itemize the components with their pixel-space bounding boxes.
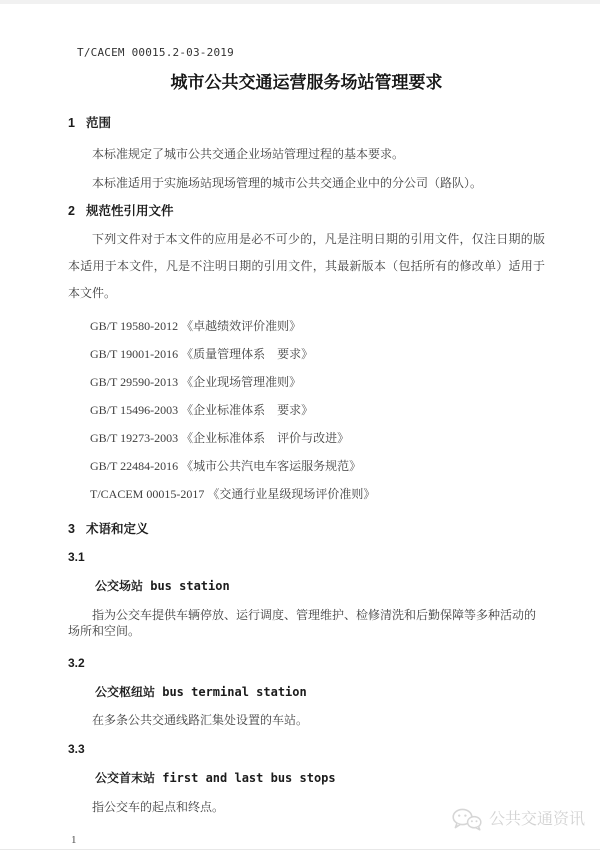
paragraph: 本标准规定了城市公共交通企业场站管理过程的基本要求。: [68, 146, 545, 162]
term-name: 公交枢纽站 bus terminal station: [68, 684, 545, 700]
document-page: T/CACEM 00015.2-03-2019 城市公共交通运营服务场站管理要求…: [0, 0, 600, 851]
reference-item: GB/T 29590-2013 《企业现场管理准则》: [68, 374, 545, 390]
watermark: 公共交通资讯: [451, 807, 585, 833]
term-number: 3.3: [68, 741, 545, 757]
reference-item: T/CACEM 00015-2017 《交通行业星级现场评价准则》: [68, 486, 545, 502]
reference-item: GB/T 19001-2016 《质量管理体系 要求》: [68, 346, 545, 362]
section-title: 术语和定义: [86, 522, 149, 536]
section-number: 3: [68, 521, 75, 537]
doc-title: 城市公共交通运营服务场站管理要求: [68, 72, 545, 94]
reference-item: GB/T 15496-2003 《企业标准体系 要求》: [68, 402, 545, 418]
term-definition: 指为公交车提供车辆停放、运行调度、管理维护、检修清洗和后勤保障等多种活动的场所和…: [68, 607, 545, 639]
section-number: 2: [68, 203, 75, 219]
wechat-icon: [451, 807, 483, 833]
page-bottom-edge: [0, 849, 600, 850]
section-number: 1: [68, 115, 75, 131]
reference-item: GB/T 19580-2012 《卓越绩效评价准则》: [68, 318, 545, 334]
section-title: 规范性引用文件: [86, 204, 174, 218]
page-number: 1: [68, 833, 545, 847]
section-title: 范围: [86, 116, 111, 130]
term-name: 公交场站 bus station: [68, 578, 545, 594]
term-definition: 在多条公共交通线路汇集处设置的车站。: [68, 712, 545, 728]
term-number: 3.2: [68, 655, 545, 671]
section-heading-scope: 1范围: [68, 115, 545, 131]
reference-item: GB/T 22484-2016 《城市公共汽电车客运服务规范》: [68, 458, 545, 474]
section-heading-normative-references: 2规范性引用文件: [68, 203, 545, 219]
term-number: 3.1: [68, 549, 545, 565]
doc-number: T/CACEM 00015.2-03-2019: [77, 46, 545, 60]
reference-item: GB/T 19273-2003 《企业标准体系 评价与改进》: [68, 430, 545, 446]
paragraph: 下列文件对于本文件的应用是必不可少的，凡是注明日期的引用文件，仅注日期的版本适用…: [68, 226, 545, 307]
paragraph: 本标准适用于实施场站现场管理的城市公共交通企业中的分公司（路队）。: [68, 175, 545, 191]
term-name: 公交首末站 first and last bus stops: [68, 770, 545, 786]
section-heading-terms-definitions: 3术语和定义: [68, 521, 545, 537]
watermark-label: 公共交通资讯: [489, 808, 585, 832]
